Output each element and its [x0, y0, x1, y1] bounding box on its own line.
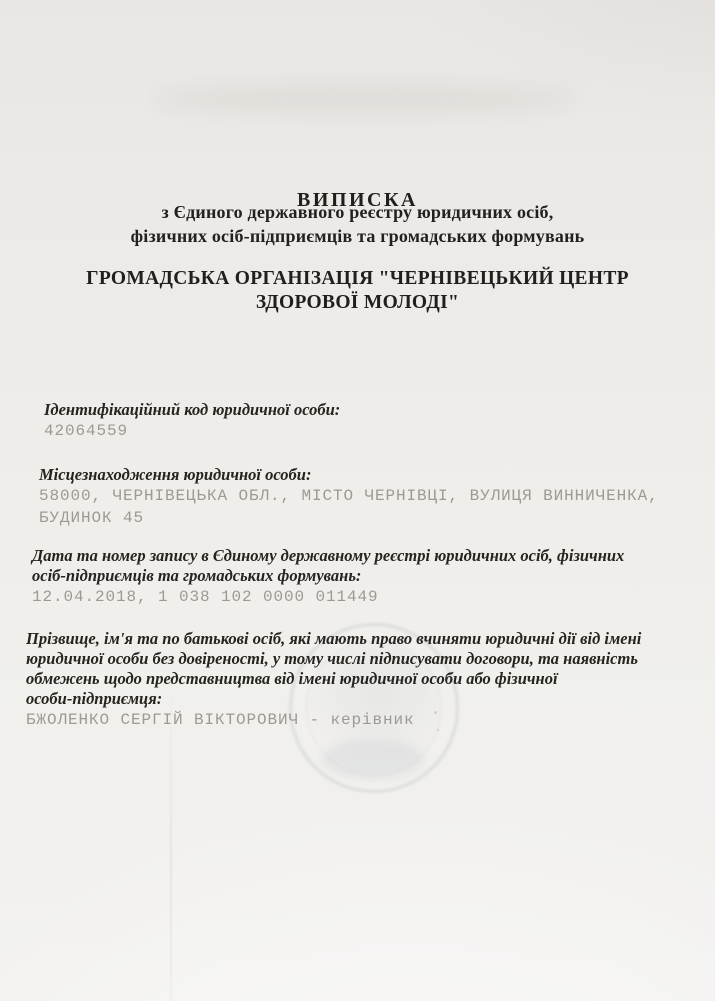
field-label: Ідентифікаційний код юридичної особи:: [44, 400, 340, 420]
field-value: БЖОЛЕНКО СЕРГІЙ ВІКТОРОВИЧ - керівник: [26, 709, 641, 731]
section-authorized-person: Прізвище, ім'я та по батькові осіб, які …: [26, 629, 641, 731]
field-value: 12.04.2018, 1 038 102 0000 011449: [32, 586, 624, 608]
field-label: осіб-підприємців та громадських формуван…: [32, 566, 624, 586]
field-label: обмежень щодо представництва від імені ю…: [26, 669, 641, 689]
subtitle-line: з Єдиного державного реєстру юридичних о…: [0, 200, 715, 224]
field-label: Місцезнаходження юридичної особи:: [39, 465, 659, 485]
organization-name: ГРОМАДСЬКА ОРГАНІЗАЦІЯ "ЧЕРНІВЕЦЬКИЙ ЦЕН…: [0, 267, 715, 315]
scanned-document-page: ВИПИСКА з Єдиного державного реєстру юри…: [0, 0, 715, 1001]
section-legal-address: Місцезнаходження юридичної особи: 58000,…: [39, 465, 659, 529]
organization-name-line: ЗДОРОВОЇ МОЛОДІ": [0, 291, 715, 315]
paper-smudge: [150, 84, 580, 114]
field-value: БУДИНОК 45: [39, 507, 659, 529]
document-subtitle: з Єдиного державного реєстру юридичних о…: [0, 200, 715, 248]
organization-name-line: ГРОМАДСЬКА ОРГАНІЗАЦІЯ "ЧЕРНІВЕЦЬКИЙ ЦЕН…: [0, 267, 715, 291]
field-label: особи-підприємця:: [26, 689, 641, 709]
field-value: 42064559: [44, 420, 340, 442]
field-label: Дата та номер запису в Єдиному державном…: [32, 546, 624, 566]
subtitle-line: фізичних осіб-підприємців та громадських…: [0, 224, 715, 248]
field-label: юридичної особи без довіреності, у тому …: [26, 649, 641, 669]
paper-crease: [170, 690, 172, 1001]
field-label: Прізвище, ім'я та по батькові осіб, які …: [26, 629, 641, 649]
section-identification-code: Ідентифікаційний код юридичної особи: 42…: [44, 400, 340, 442]
section-registry-record: Дата та номер запису в Єдиному державном…: [32, 546, 624, 608]
field-value: 58000, ЧЕРНІВЕЦЬКА ОБЛ., МІСТО ЧЕРНІВЦІ,…: [39, 485, 659, 507]
